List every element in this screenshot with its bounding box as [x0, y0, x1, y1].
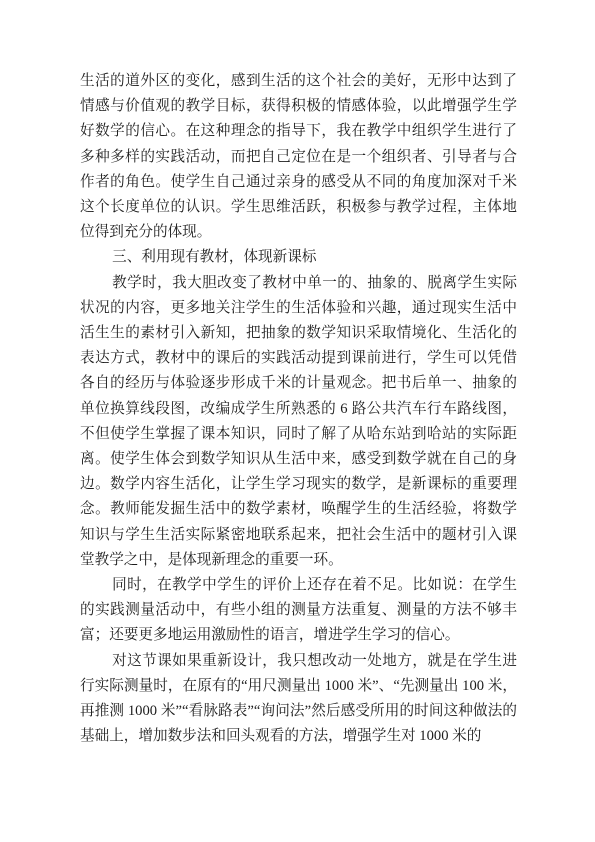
paragraph: 对这节课如果重新设计，我只想改动一处地方，就是在学生进行实际测量时，在原有的“用…: [80, 649, 517, 750]
section-heading: 三、利用现有教材，体现新课标: [80, 245, 517, 270]
document-page: 生活的道外区的变化，感到生活的这个社会的美好，无形中达到了情感与价值观的教学目标…: [0, 0, 595, 842]
paragraph: 教学时，我大胆改变了教材中单一的、抽象的、脱离学生实际状况的内容，更多地关注学生…: [80, 271, 517, 573]
paragraph: 同时，在教学中学生的评价上还存在着不足。比如说：在学生的实践测量活动中，有些小组…: [80, 573, 517, 649]
paragraph-continued: 生活的道外区的变化，感到生活的这个社会的美好，无形中达到了情感与价值观的教学目标…: [80, 69, 517, 245]
